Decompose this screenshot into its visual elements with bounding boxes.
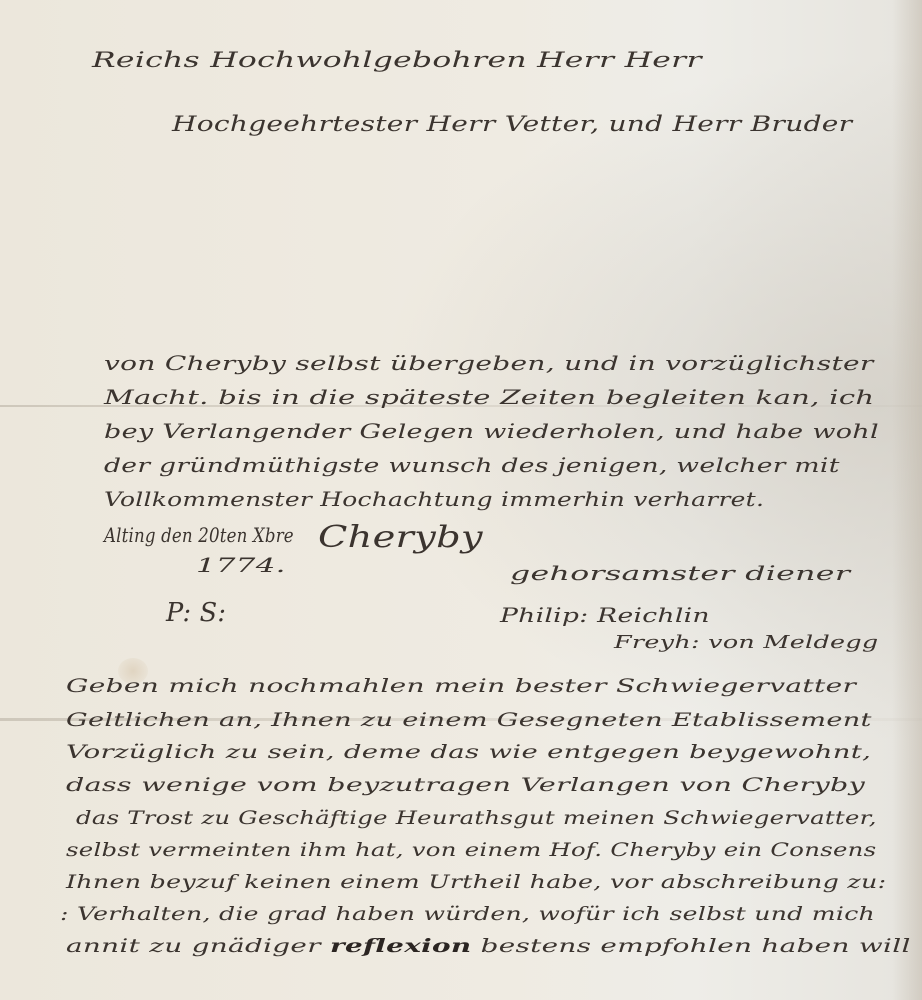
body-line-2: Macht. bis in die späteste Zeiten beglei…: [104, 386, 874, 409]
postscript-line-7: Ihnen beyzuf keinen einem Urtheil habe, …: [66, 872, 886, 893]
place-date: Alting den 20ten Xbre: [104, 524, 294, 547]
postscript-line-1: Geben mich nochmahlen mein bester Schwie…: [66, 676, 856, 697]
postscript-line-8: : Verhalten, die grad haben würden, wofü…: [60, 904, 875, 925]
signer-name: Philip: Reichlin: [500, 604, 710, 627]
signature-mark: Cheryby: [318, 520, 483, 555]
paper-edge-shadow: [892, 0, 922, 1000]
emphasized-word: reflexion: [330, 936, 471, 957]
date-year: 1774.: [196, 554, 286, 577]
valediction: gehorsamster diener: [510, 562, 850, 585]
postscript-line-9: annit zu gnädiger reflexion bestens empf…: [66, 936, 911, 957]
postscript-label: P: S:: [166, 598, 226, 628]
body-line-1: von Cheryby selbst übergeben, und in vor…: [104, 352, 874, 375]
postscript-line-5: das Trost zu Geschäftige Heurathsgut mei…: [76, 808, 877, 829]
body-line-4: der gründmüthigste wunsch des jenigen, w…: [104, 454, 840, 477]
postscript-line-4: dass wenige vom beyzutragen Verlangen vo…: [66, 775, 865, 796]
body-line-3: bey Verlangender Gelegen wiederholen, un…: [104, 420, 879, 443]
body-line-5: Vollkommenster Hochachtung immerhin verh…: [104, 488, 764, 511]
salutation-line-2: Hochgeehrtester Herr Vetter, und Herr Br…: [172, 112, 852, 136]
signer-title: Freyh: von Meldegg: [614, 632, 878, 653]
postscript-line-3: Vorzüglich zu sein, deme das wie entgege…: [66, 742, 871, 763]
postscript-line-6: selbst vermeinten ihm hat, von einem Hof…: [66, 840, 876, 861]
postscript-line-2: Geltlichen an, Ihnen zu einem Gesegneten…: [66, 710, 872, 731]
salutation-line-1: Reichs Hochwohlgebohren Herr Herr: [92, 48, 702, 72]
